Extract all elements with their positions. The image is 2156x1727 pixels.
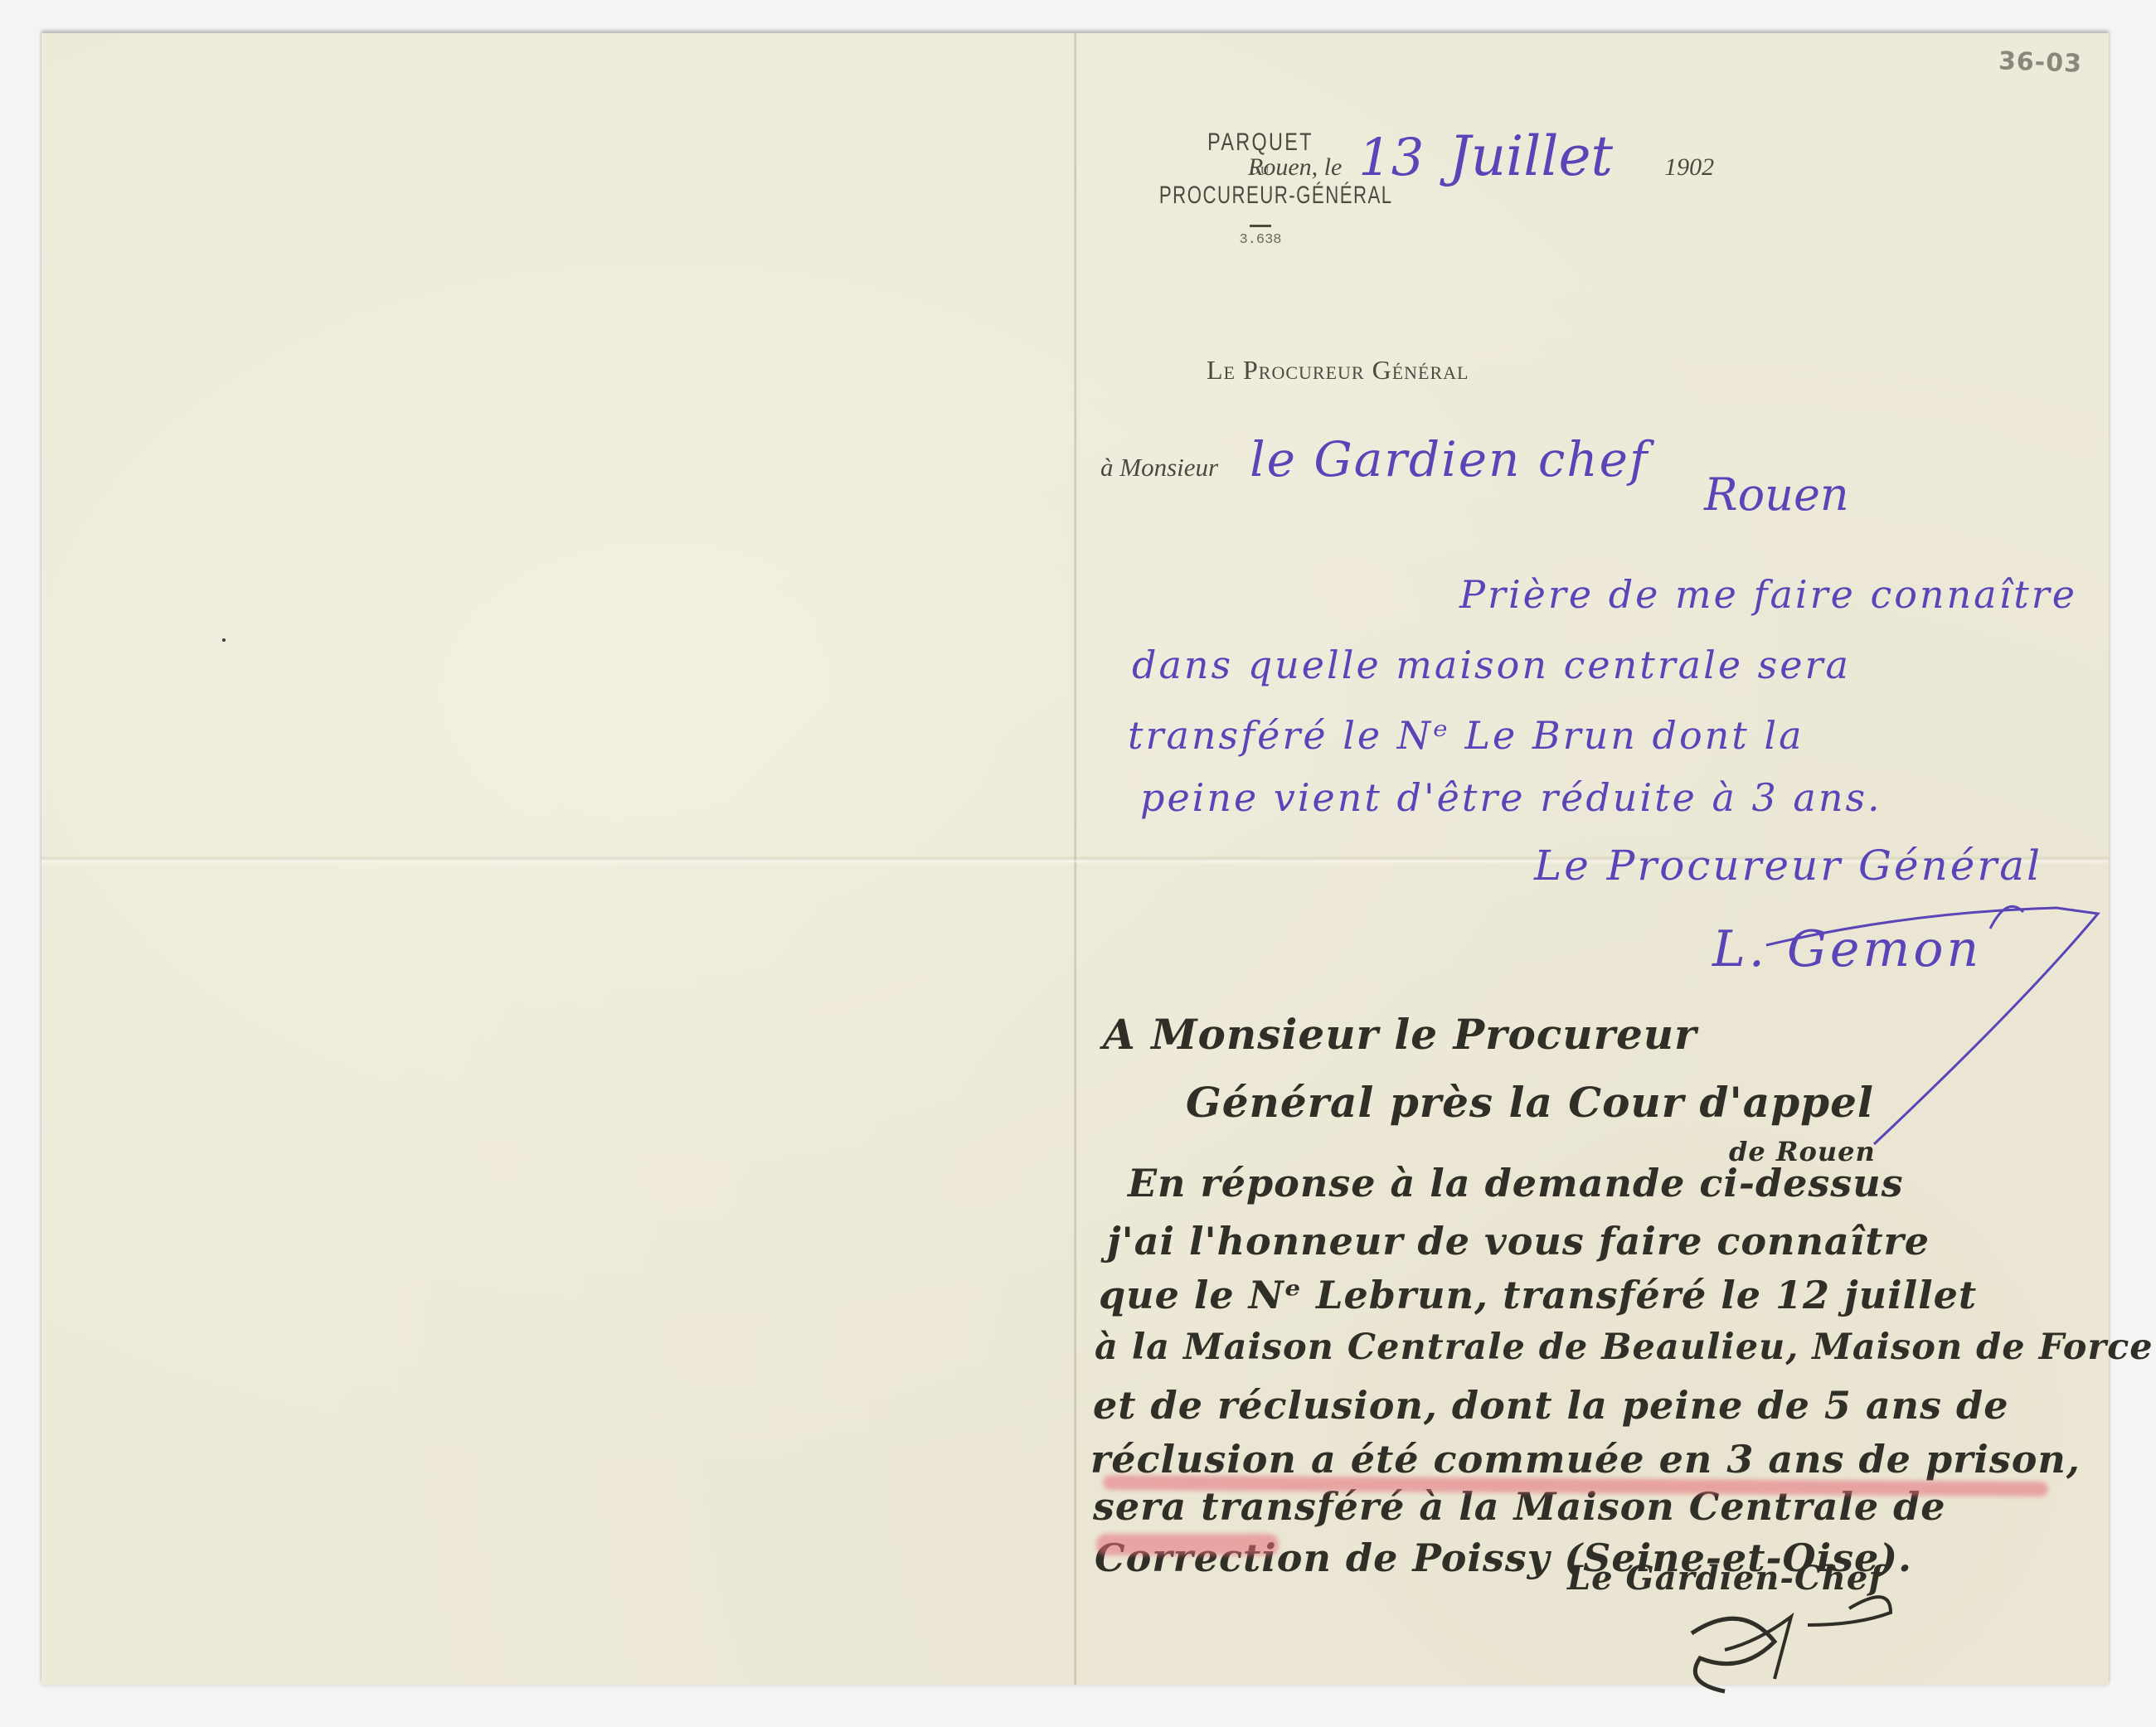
- addressee-name: le Gardien chef: [1250, 431, 1649, 488]
- addressee-city: Rouen: [1704, 468, 1849, 521]
- request-line: dans quelle maison centrale sera: [1132, 643, 1851, 687]
- letterhead-number: 3.638: [1124, 232, 1397, 248]
- date-year: 1902: [1664, 153, 1714, 182]
- letterhead-rule: [1250, 225, 1271, 227]
- date-month: Juillet: [1449, 124, 1613, 188]
- date-day: 13: [1358, 127, 1424, 187]
- gardien-signature: [1310, 1534, 1907, 1700]
- reply-line: et de réclusion, dont la peine de 5 ans …: [1093, 1383, 2008, 1428]
- reply-salutation: A Monsieur le Procureur: [1103, 1010, 1697, 1059]
- request-line: peine vient d'être réduite à 3 ans.: [1140, 775, 1882, 820]
- request-line: transféré le Nᵉ Le Brun dont la: [1128, 713, 1804, 758]
- paper-speck: [222, 638, 226, 642]
- letterhead-procureur: PROCUREUR-GÉNÉRAL: [1159, 182, 1362, 210]
- date-prefix: Rouen, le: [1248, 153, 1342, 182]
- reply-line: à la Maison Centrale de Beaulieu, Maison…: [1095, 1327, 2154, 1368]
- sender-heading: Le Procureur Général: [1207, 355, 1469, 386]
- reply-salutation: Général près la Cour d'appel: [1186, 1078, 1874, 1127]
- addressee-prefix: à Monsieur: [1100, 453, 1218, 483]
- archive-reference: 36-03: [1998, 46, 2082, 79]
- request-line: Prière de me faire connaître: [1459, 572, 2077, 617]
- reply-line: réclusion a été commuée en 3 ans de pris…: [1090, 1437, 2081, 1482]
- date-line: Rouen, le 13 Juillet 1902: [1248, 124, 1714, 182]
- red-pencil-underline: [1096, 1534, 1279, 1555]
- reply-line: j'ai l'honneur de vous faire connaître: [1107, 1219, 1930, 1264]
- reply-line: En réponse à la demande ci-dessus: [1128, 1161, 1904, 1206]
- addressee-line: à Monsieur le Gardien chef: [1100, 431, 1649, 488]
- reply-line: que le Nᵉ Lebrun, transféré le 12 juille…: [1099, 1273, 1977, 1317]
